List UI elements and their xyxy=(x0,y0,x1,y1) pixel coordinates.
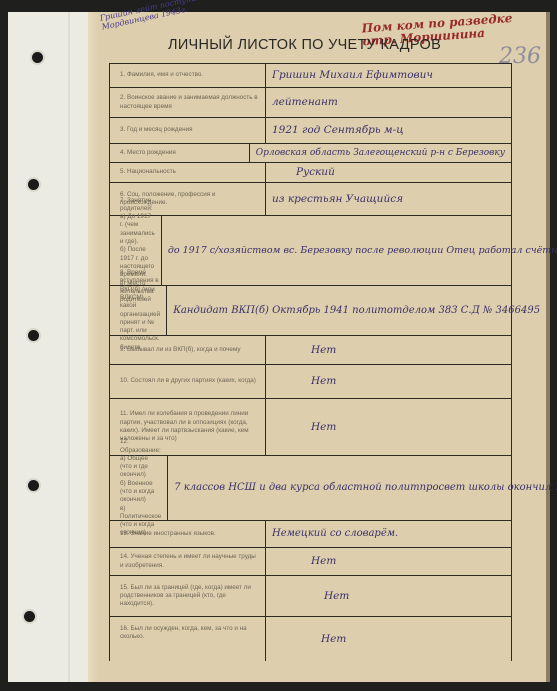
answer-field: Гришин Михаил Ефимтович xyxy=(266,64,511,87)
answer-field: Немецкий со словарём. xyxy=(266,521,511,547)
form-row: 13. Знание иностранных языков. Немецкий … xyxy=(110,521,511,548)
page-edge xyxy=(546,12,550,682)
answer-field: Нет xyxy=(266,548,511,575)
answer-field: 7 классов НСШ и два курса областной поли… xyxy=(168,456,557,520)
form-row: 4. Место рождения Орловская область Зале… xyxy=(110,144,511,163)
answer-field: до 1917 с/хозяйством вс. Березовку после… xyxy=(162,216,557,285)
answer-field: лейтенант xyxy=(266,88,511,117)
punch-hole-icon xyxy=(28,480,39,491)
answer-field: Нет xyxy=(266,399,511,455)
form-row: 15. Был ли за границей (где, когда) имее… xyxy=(110,576,511,617)
question-label: 15. Был ли за границей (где, когда) имее… xyxy=(110,576,266,616)
form-table: 1. Фамилия, имя и отчество. Гришин Михаи… xyxy=(109,63,512,661)
form-row: 14. Ученая степень и имеет ли научные тр… xyxy=(110,548,511,576)
form-title: ЛИЧНЫЙ ЛИСТОК ПО УЧЕТУ КАДРОВ xyxy=(168,37,441,53)
question-label: 12. Образование: а) Общее (что и где око… xyxy=(110,456,168,520)
answer-field: из крестьян Учащийся xyxy=(266,183,511,215)
punch-hole-icon xyxy=(24,611,35,622)
form-row: 16. Был ли осужден, когда, кем, за что и… xyxy=(110,617,511,661)
question-label: 14. Ученая степень и имеет ли научные тр… xyxy=(110,548,266,575)
form-row: 8. Время вступления в ВКП(б) (или ВЛКСМ)… xyxy=(110,286,511,336)
question-label: 4. Место рождения xyxy=(110,144,250,162)
form-row: 10. Состоял ли в других партиях (каких, … xyxy=(110,365,511,399)
form-row: 6. Соц. положение, профессия и происхожд… xyxy=(110,183,511,216)
question-label: 5. Национальность xyxy=(110,163,266,182)
binding-fold xyxy=(68,12,70,682)
question-label: 3. Год и месяц рождения xyxy=(110,118,266,143)
punch-hole-icon xyxy=(32,52,43,63)
answer-field: Нет xyxy=(266,365,511,398)
answer-field: Нет xyxy=(266,336,511,364)
question-label: 10. Состоял ли в других партиях (каких, … xyxy=(110,365,266,398)
form-row: 1. Фамилия, имя и отчество. Гришин Михаи… xyxy=(110,64,511,88)
answer-field: Руский xyxy=(266,163,511,182)
binding-strip xyxy=(8,12,89,682)
answer-field: Орловская область Залегощенский р-н с Бе… xyxy=(250,144,511,162)
answer-field: Нет xyxy=(266,617,511,661)
question-label: 13. Знание иностранных языков. xyxy=(110,521,266,547)
answer-field: Кандидат ВКП(б) Октябрь 1941 политотдело… xyxy=(167,286,546,335)
form-row: 7. Занятие родителей: а) До 1917 г. (чем… xyxy=(110,216,511,286)
question-label: 2. Воинское звание и занимаемая должност… xyxy=(110,88,266,117)
form-row: 12. Образование: а) Общее (что и где око… xyxy=(110,456,511,521)
punch-hole-icon xyxy=(28,330,39,341)
answer-field: Нет xyxy=(266,576,511,616)
form-row: 5. Национальность Руский xyxy=(110,163,511,183)
question-label: 8. Время вступления в ВКП(б) (или ВЛКСМ)… xyxy=(110,286,167,335)
question-label: 1. Фамилия, имя и отчество. xyxy=(110,64,266,87)
answer-field: 1921 год Сентябрь м-ц xyxy=(266,118,511,143)
form-row: 11. Имел ли колебания в проведении линии… xyxy=(110,399,511,456)
punch-hole-icon xyxy=(28,179,39,190)
form-row: 9. Выбывал ли из ВКП(б), когда и почему … xyxy=(110,336,511,365)
question-label: 16. Был ли осужден, когда, кем, за что и… xyxy=(110,617,266,661)
page-shade xyxy=(88,12,98,682)
question-label: 9. Выбывал ли из ВКП(б), когда и почему xyxy=(110,336,266,364)
form-row: 2. Воинское звание и занимаемая должност… xyxy=(110,88,511,118)
form-row: 3. Год и месяц рождения 1921 год Сентябр… xyxy=(110,118,511,144)
